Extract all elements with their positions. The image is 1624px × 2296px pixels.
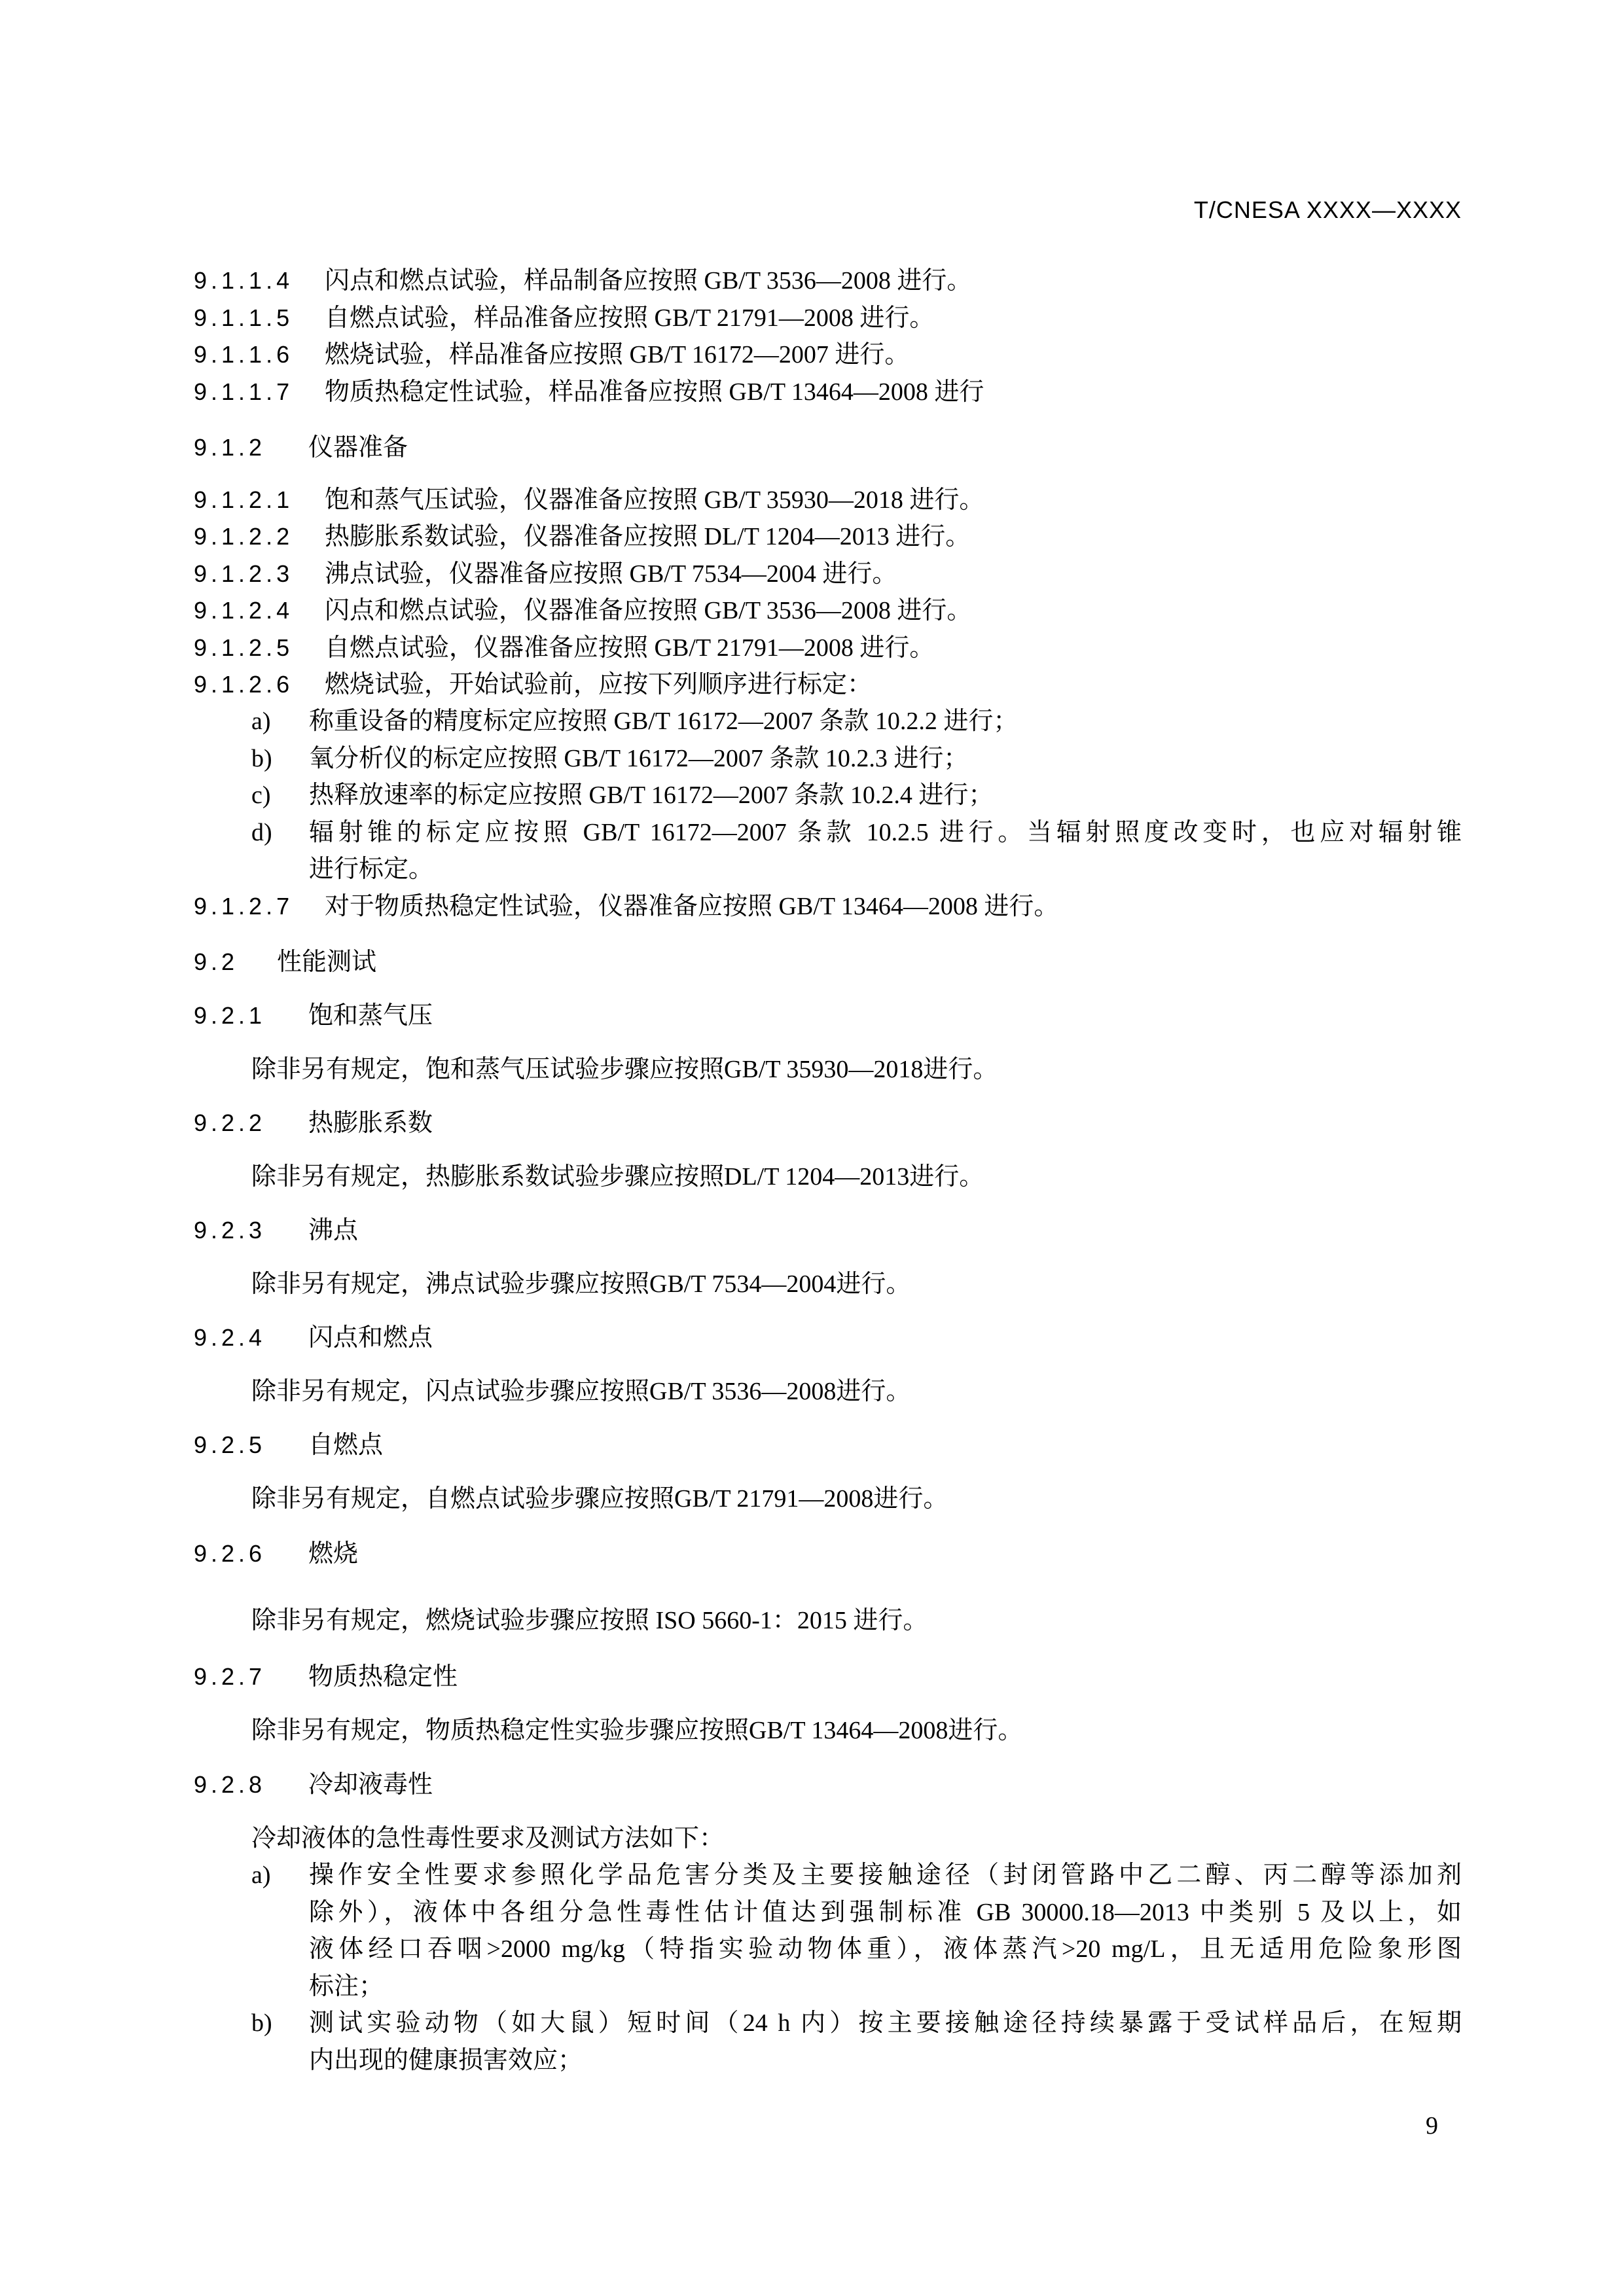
list-item-text-continued: 除外），液体中各组分急性毒性估计值达到强制标准 GB 30000.18—2013… bbox=[309, 1897, 1462, 1928]
list-item-label: b) bbox=[251, 2007, 272, 2039]
clause-text: 闪点和燃点试验，仪器准备应按照 GB/T 3536—2008 进行。 bbox=[325, 597, 971, 624]
heading-number: 9.1.2 bbox=[194, 432, 308, 463]
paragraph: 除非另有规定，自燃点试验步骤应按照GB/T 21791—2008进行。 bbox=[251, 1483, 1462, 1515]
heading-9-2-3: 9.2.3沸点 bbox=[194, 1215, 1462, 1246]
document-standard-id: T/CNESA XXXX—XXXX bbox=[1194, 196, 1462, 224]
heading-number: 9.2.7 bbox=[194, 1661, 308, 1693]
heading-number: 9.2.3 bbox=[194, 1215, 308, 1246]
list-item-label: a) bbox=[251, 1859, 271, 1891]
list-item-label: c) bbox=[251, 780, 271, 811]
heading-number: 9.2.4 bbox=[194, 1322, 308, 1354]
list-item-label: a) bbox=[251, 706, 271, 737]
paragraph: 除非另有规定，饱和蒸气压试验步骤应按照GB/T 35930—2018进行。 bbox=[251, 1054, 1462, 1085]
clause-text: 闪点和燃点试验，样品制备应按照 GB/T 3536—2008 进行。 bbox=[325, 267, 971, 295]
clause-text: 热膨胀系数试验，仪器准备应按照 DL/T 1204—2013 进行。 bbox=[325, 523, 970, 550]
clause-text: 自燃点试验，仪器准备应按照 GB/T 21791—2008 进行。 bbox=[325, 634, 934, 662]
paragraph: 除非另有规定，沸点试验步骤应按照GB/T 7534—2004进行。 bbox=[251, 1268, 1462, 1300]
clause-number: 9.1.1.5 bbox=[194, 302, 325, 334]
clause-9-1-1-7: 9.1.1.7物质热稳定性试验，样品准备应按照 GB/T 13464—2008 … bbox=[194, 376, 1462, 408]
clause-number: 9.1.1.7 bbox=[194, 376, 325, 408]
heading-title: 热膨胀系数 bbox=[308, 1109, 433, 1137]
heading-title: 仪器准备 bbox=[308, 434, 408, 461]
paragraph: 除非另有规定，热膨胀系数试验步骤应按照DL/T 1204—2013进行。 bbox=[251, 1161, 1462, 1193]
clause-number: 9.1.2.1 bbox=[194, 484, 325, 516]
heading-title: 自燃点 bbox=[308, 1431, 383, 1459]
heading-9-2-5: 9.2.5自燃点 bbox=[194, 1429, 1462, 1461]
heading-number: 9.2.5 bbox=[194, 1429, 308, 1461]
heading-title: 燃烧 bbox=[308, 1540, 358, 1568]
clause-text: 饱和蒸气压试验，仪器准备应按照 GB/T 35930—2018 进行。 bbox=[325, 486, 984, 514]
clause-number: 9.1.2.5 bbox=[194, 632, 325, 664]
heading-title: 冷却液毒性 bbox=[308, 1771, 433, 1799]
clause-9-1-2-4: 9.1.2.4闪点和燃点试验，仪器准备应按照 GB/T 3536—2008 进行… bbox=[194, 595, 1462, 626]
heading-title: 物质热稳定性 bbox=[308, 1663, 458, 1691]
clause-number: 9.1.1.4 bbox=[194, 265, 325, 296]
clause-9-1-2-7: 9.1.2.7对于物质热稳定性试验，仪器准备应按照 GB/T 13464—200… bbox=[194, 891, 1462, 922]
clause-9-1-1-6: 9.1.1.6燃烧试验，样品准备应按照 GB/T 16172—2007 进行。 bbox=[194, 339, 1462, 370]
list-item-text: 测试实验动物（如大鼠）短时间（24 h 内）按主要接触途径持续暴露于受试样品后，… bbox=[309, 2007, 1462, 2039]
heading-9-2-7: 9.2.7物质热稳定性 bbox=[194, 1661, 1462, 1693]
paragraph: 除非另有规定，闪点试验步骤应按照GB/T 3536—2008进行。 bbox=[251, 1376, 1462, 1407]
heading-number: 9.2.6 bbox=[194, 1538, 308, 1570]
clause-9-1-1-5: 9.1.1.5自燃点试验，样品准备应按照 GB/T 21791—2008 进行。 bbox=[194, 302, 1462, 334]
clause-9-1-2-2: 9.1.2.2热膨胀系数试验，仪器准备应按照 DL/T 1204—2013 进行… bbox=[194, 521, 1462, 552]
heading-9-2-2: 9.2.2热膨胀系数 bbox=[194, 1107, 1462, 1139]
heading-number: 9.2 bbox=[194, 946, 277, 978]
list-item-text-continued: 进行标定。 bbox=[309, 853, 1462, 885]
clause-9-1-2-5: 9.1.2.5自燃点试验，仪器准备应按照 GB/T 21791—2008 进行。 bbox=[194, 632, 1462, 664]
page-number: 9 bbox=[1426, 2111, 1438, 2140]
heading-title: 性能测试 bbox=[277, 948, 376, 976]
list-item-text-continued: 内出现的健康损害效应； bbox=[309, 2045, 1462, 2076]
list-item-text: 热释放速率的标定应按照 GB/T 16172—2007 条款 10.2.4 进行… bbox=[309, 780, 1462, 811]
clause-9-1-2-6: 9.1.2.6燃烧试验，开始试验前，应按下列顺序进行标定： bbox=[194, 669, 1462, 700]
heading-9-1-2: 9.1.2仪器准备 bbox=[194, 432, 1462, 463]
heading-9-2: 9.2性能测试 bbox=[194, 946, 1462, 978]
clause-number: 9.1.2.2 bbox=[194, 521, 325, 552]
clause-text: 燃烧试验，开始试验前，应按下列顺序进行标定： bbox=[325, 671, 872, 698]
heading-9-2-4: 9.2.4闪点和燃点 bbox=[194, 1322, 1462, 1354]
heading-number: 9.2.1 bbox=[194, 1000, 308, 1031]
list-item-text: 氧分析仪的标定应按照 GB/T 16172—2007 条款 10.2.3 进行； bbox=[309, 743, 1462, 774]
clause-text: 对于物质热稳定性试验，仪器准备应按照 GB/T 13464—2008 进行。 bbox=[325, 893, 1058, 920]
clause-number: 9.1.2.3 bbox=[194, 558, 325, 590]
heading-number: 9.2.8 bbox=[194, 1769, 308, 1801]
paragraph: 除非另有规定，燃烧试验步骤应按照 ISO 5660-1：2015 进行。 bbox=[251, 1605, 1462, 1636]
heading-number: 9.2.2 bbox=[194, 1107, 308, 1139]
list-item-text-continued: 标注； bbox=[309, 1971, 1462, 2002]
list-item-label: d) bbox=[251, 817, 272, 848]
clause-number: 9.1.1.6 bbox=[194, 339, 325, 370]
clause-number: 9.1.2.7 bbox=[194, 891, 325, 922]
list-item-label: b) bbox=[251, 743, 272, 774]
paragraph: 除非另有规定，物质热稳定性实验步骤应按照GB/T 13464—2008进行。 bbox=[251, 1715, 1462, 1746]
clause-9-1-2-3: 9.1.2.3沸点试验，仪器准备应按照 GB/T 7534—2004 进行。 bbox=[194, 558, 1462, 590]
list-item-text: 操作安全性要求参照化学品危害分类及主要接触途径（封闭管路中乙二醇、丙二醇等添加剂 bbox=[309, 1859, 1462, 1891]
list-item-text: 辐射锥的标定应按照 GB/T 16172—2007 条款 10.2.5 进行。当… bbox=[309, 817, 1462, 848]
heading-9-2-1: 9.2.1饱和蒸气压 bbox=[194, 1000, 1462, 1031]
clause-text: 燃烧试验，样品准备应按照 GB/T 16172—2007 进行。 bbox=[325, 341, 909, 368]
clause-9-1-2-1: 9.1.2.1饱和蒸气压试验，仪器准备应按照 GB/T 35930—2018 进… bbox=[194, 484, 1462, 516]
list-item-text: 称重设备的精度标定应按照 GB/T 16172—2007 条款 10.2.2 进… bbox=[309, 706, 1462, 737]
heading-title: 闪点和燃点 bbox=[308, 1324, 433, 1352]
clause-9-1-1-4: 9.1.1.4闪点和燃点试验，样品制备应按照 GB/T 3536—2008 进行… bbox=[194, 265, 1462, 296]
heading-9-2-8: 9.2.8冷却液毒性 bbox=[194, 1769, 1462, 1801]
heading-9-2-6: 9.2.6燃烧 bbox=[194, 1538, 1462, 1570]
heading-title: 饱和蒸气压 bbox=[308, 1002, 433, 1030]
list-item-text-continued: 液体经口吞咽>2000 mg/kg（特指实验动物体重），液体蒸汽>20 mg/L… bbox=[309, 1933, 1462, 1965]
clause-number: 9.1.2.6 bbox=[194, 669, 325, 700]
clause-text: 自燃点试验，样品准备应按照 GB/T 21791—2008 进行。 bbox=[325, 304, 934, 332]
heading-title: 沸点 bbox=[308, 1217, 358, 1244]
clause-text: 物质热稳定性试验，样品准备应按照 GB/T 13464—2008 进行 bbox=[325, 378, 984, 406]
paragraph-intro: 冷却液体的急性毒性要求及测试方法如下： bbox=[251, 1823, 1462, 1854]
clause-number: 9.1.2.4 bbox=[194, 595, 325, 626]
clause-text: 沸点试验，仪器准备应按照 GB/T 7534—2004 进行。 bbox=[325, 560, 897, 588]
